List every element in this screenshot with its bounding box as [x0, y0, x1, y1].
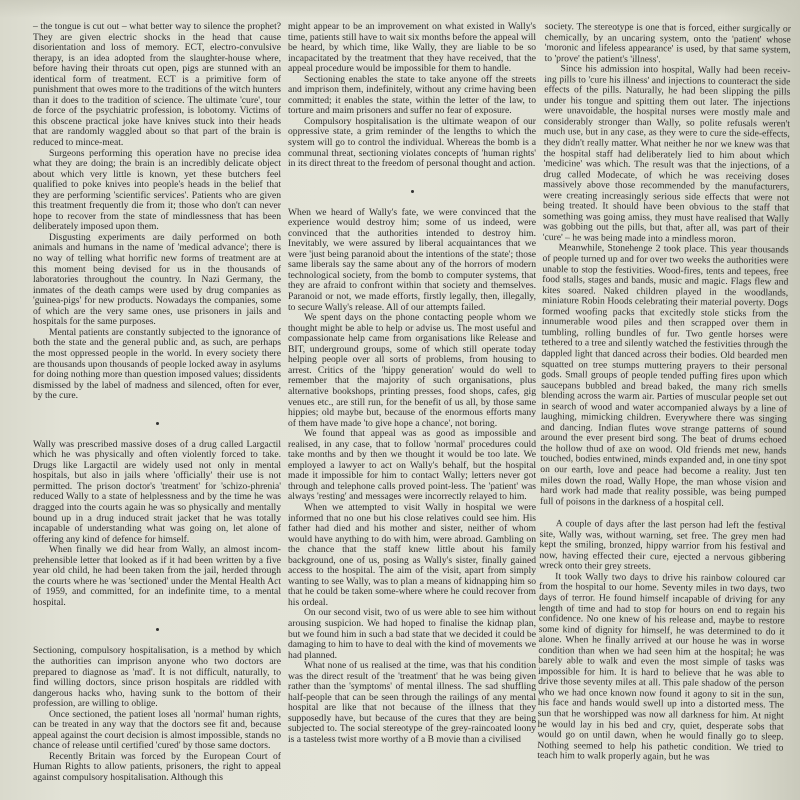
paragraph: On our second visit, two of us were able… — [288, 608, 536, 661]
paragraph: Surgeons performing this operation have … — [33, 149, 281, 233]
paragraph: When we attempted to visit Wally in hosp… — [288, 503, 536, 608]
paragraph: Recently Britain was forced by the Europ… — [33, 752, 281, 784]
paragraph: We found that appeal was as good as impo… — [288, 429, 536, 503]
section-separator — [288, 174, 536, 208]
bullet-dot-icon — [156, 422, 159, 425]
paragraph: What none of us realised at the time, wa… — [288, 661, 536, 745]
bullet-dot-icon — [411, 190, 414, 193]
section-separator — [33, 612, 281, 646]
paragraph: We spent days on the phone contacting pe… — [288, 313, 536, 429]
paragraph: Mental patients are constantly subjected… — [33, 328, 281, 402]
paragraph: society. The stereotype is one that is f… — [545, 22, 791, 67]
paragraph: A couple of days after the last person h… — [539, 519, 786, 574]
paragraph: Once sectioned, the patient loses all 'n… — [33, 710, 281, 752]
text-column-left: – the tongue is cut out – what better wa… — [33, 22, 281, 784]
paragraph: Compulsory hospitalisation is the ultima… — [288, 117, 536, 170]
book-page: – the tongue is cut out – what better wa… — [0, 0, 800, 800]
bullet-dot-icon — [156, 628, 159, 631]
paragraph: Meanwhile, Stonehenge 2 took place. This… — [540, 243, 789, 509]
paragraph: It took Wally two days to drive his rain… — [537, 572, 785, 764]
paragraph: Wally was prescribed massive doses of a … — [33, 440, 281, 545]
section-separator — [33, 406, 281, 440]
paragraph: When we heard of Wally's fate, we were c… — [288, 208, 536, 313]
paragraph: might appear to be an improvement on wha… — [288, 22, 536, 75]
text-column-right: society. The stereotype is one that is f… — [537, 22, 791, 764]
paragraph: Since his admission into hospital, Wally… — [543, 64, 791, 246]
paragraph: Disgusting experiments are daily perform… — [33, 233, 281, 328]
paragraph: – the tongue is cut out – what better wa… — [33, 22, 281, 149]
paragraph: When finally we did hear from Wally, an … — [33, 545, 281, 608]
paragraph: Sectioning, compulsory hospitalisation, … — [33, 646, 281, 709]
text-column-middle: might appear to be an improvement on wha… — [288, 22, 536, 746]
paragraph: Sectioning enables the state to take any… — [288, 75, 536, 117]
